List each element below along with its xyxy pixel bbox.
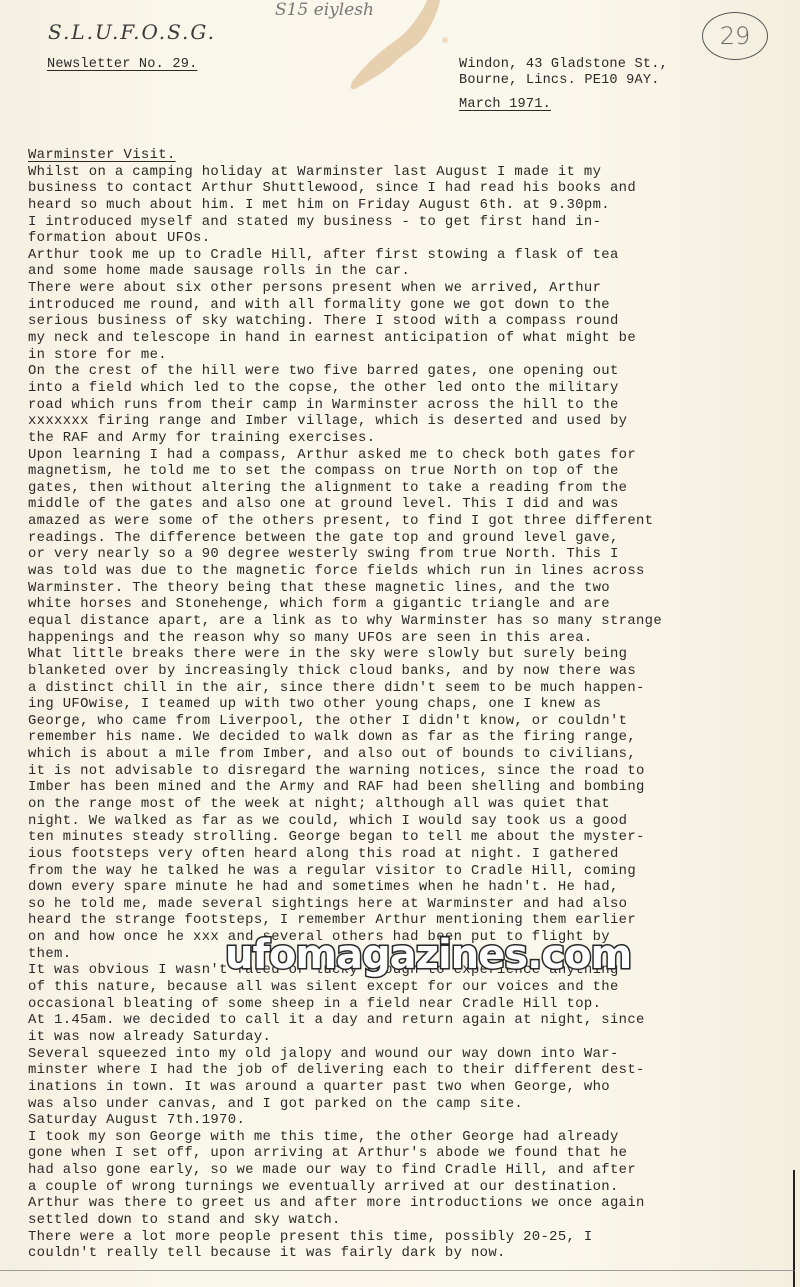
article-line: had also gone early, so we made our way … (28, 1162, 788, 1179)
article-line: minster where I had the job of deliverin… (28, 1062, 788, 1079)
article-line: equal distance apart, are a link as to w… (28, 613, 788, 630)
article-line: heard the strange footsteps, I remember … (28, 912, 788, 929)
article-line: Arthur took me up to Cradle Hill, after … (28, 247, 788, 264)
article-line: a couple of wrong turnings we eventually… (28, 1179, 788, 1196)
article-line: so he told me, made several sightings he… (28, 896, 788, 913)
article-line: xxxxxxx firing range and Imber village, … (28, 413, 788, 430)
article-line: readings. The difference between the gat… (28, 530, 788, 547)
article-line: Imber has been mined and the Army and RA… (28, 779, 788, 796)
article-line: gates, then without altering the alignme… (28, 480, 788, 497)
article-line: amazed as were some of the others presen… (28, 513, 788, 530)
article-line: ious footsteps very often heard along th… (28, 846, 788, 863)
article-line: night. We walked as far as we could, whi… (28, 813, 788, 830)
article-line: a distinct chill in the air, since there… (28, 680, 788, 697)
article-line: was told was due to the magnetic force f… (28, 563, 788, 580)
article-line: it is not advisable to disregard the war… (28, 763, 788, 780)
article-line: Arthur was there to greet us and after m… (28, 1195, 788, 1212)
article-line: At 1.45am. we decided to call it a day a… (28, 1012, 788, 1029)
article-line: down every spare minute he had and somet… (28, 879, 788, 896)
article-line: white horses and Stonehenge, which form … (28, 596, 788, 613)
article-line: road which runs from their camp in Warmi… (28, 397, 788, 414)
article-line: inations in town. It was around a quarte… (28, 1079, 788, 1096)
article-line: happenings and the reason why so many UF… (28, 630, 788, 647)
article-body: Warminster Visit. Whilst on a camping ho… (28, 147, 788, 1262)
article-line: or very nearly so a 90 degree westerly s… (28, 546, 788, 563)
article-line: middle of the gates and also one at grou… (28, 496, 788, 513)
article-line: couldn't really tell because it was fair… (28, 1245, 788, 1262)
article-line: on the range most of the week at night; … (28, 796, 788, 813)
article-line: my neck and telescope in hand in earnest… (28, 330, 788, 347)
article-line: occasional bleating of some sheep in a f… (28, 996, 788, 1013)
article-line: ten minutes steady strolling. George beg… (28, 829, 788, 846)
article-line: into a field which led to the copse, the… (28, 380, 788, 397)
article-line: I introduced myself and stated my busine… (28, 214, 788, 231)
article-line: On the crest of the hill were two five b… (28, 363, 788, 380)
article-line: Warminster. The theory being that these … (28, 580, 788, 597)
article-line: blanketed over by increasingly thick clo… (28, 663, 788, 680)
article-line: Several squeezed into my old jalopy and … (28, 1046, 788, 1063)
page-edge-bottom (0, 1270, 795, 1271)
article-line: it was now already Saturday. (28, 1029, 788, 1046)
address-line-1: Windon, 43 Gladstone St., (459, 57, 668, 72)
article-line: in store for me. (28, 347, 788, 364)
article-line: which is about a mile from Imber, and al… (28, 746, 788, 763)
article-line: What little breaks there were in the sky… (28, 646, 788, 663)
article-line: remember his name. We decided to walk do… (28, 729, 788, 746)
article-line: I took my son George with me this time, … (28, 1129, 788, 1146)
article-line: There were a lot more people present thi… (28, 1229, 788, 1246)
organisation-handwritten: S.L.U.F.O.S.G. (48, 20, 216, 44)
article-line: settled down to stand and sky watch. (28, 1212, 788, 1229)
watermark: ufomagazines.com (225, 932, 631, 978)
article-line: There were about six other persons prese… (28, 280, 788, 297)
article-line: formation about UFOs. (28, 230, 788, 247)
issue-date: March 1971. (459, 97, 551, 112)
newsletter-title: Newsletter No. 29. (47, 57, 197, 72)
article-line: heard so much about him. I met him on Fr… (28, 197, 788, 214)
article-line: serious business of sky watching. There … (28, 313, 788, 330)
article-line: of this nature, because all was silent e… (28, 979, 788, 996)
article-line: was also under canvas, and I got parked … (28, 1096, 788, 1113)
article-line: George, who came from Liverpool, the oth… (28, 713, 788, 730)
article-line: introduced me round, and with all formal… (28, 297, 788, 314)
article-line: business to contact Arthur Shuttlewood, … (28, 180, 788, 197)
article-line: magnetism, he told me to set the compass… (28, 463, 788, 480)
margin-note-handwritten: S15 eiylesh (275, 0, 374, 20)
article-line: ing UFOwise, I teamed up with two other … (28, 696, 788, 713)
newsletter-page: S.L.U.F.O.S.G. S15 eiylesh 29 Newsletter… (0, 0, 800, 1287)
article-line: gone when I set off, upon arriving at Ar… (28, 1145, 788, 1162)
article-line: and some home made sausage rolls in the … (28, 263, 788, 280)
article-line: Saturday August 7th.1970. (28, 1112, 788, 1129)
article-line: from the way he talked he was a regular … (28, 863, 788, 880)
article-line: Upon learning I had a compass, Arthur as… (28, 447, 788, 464)
article-title: Warminster Visit. (28, 147, 788, 164)
address-line-2: Bourne, Lincs. PE10 9AY. (459, 73, 660, 88)
article-line: Whilst on a camping holiday at Warminste… (28, 164, 788, 181)
article-line: the RAF and Army for training exercises. (28, 430, 788, 447)
issue-number-circled: 29 (702, 12, 768, 60)
article-lines: Whilst on a camping holiday at Warminste… (28, 164, 788, 1262)
